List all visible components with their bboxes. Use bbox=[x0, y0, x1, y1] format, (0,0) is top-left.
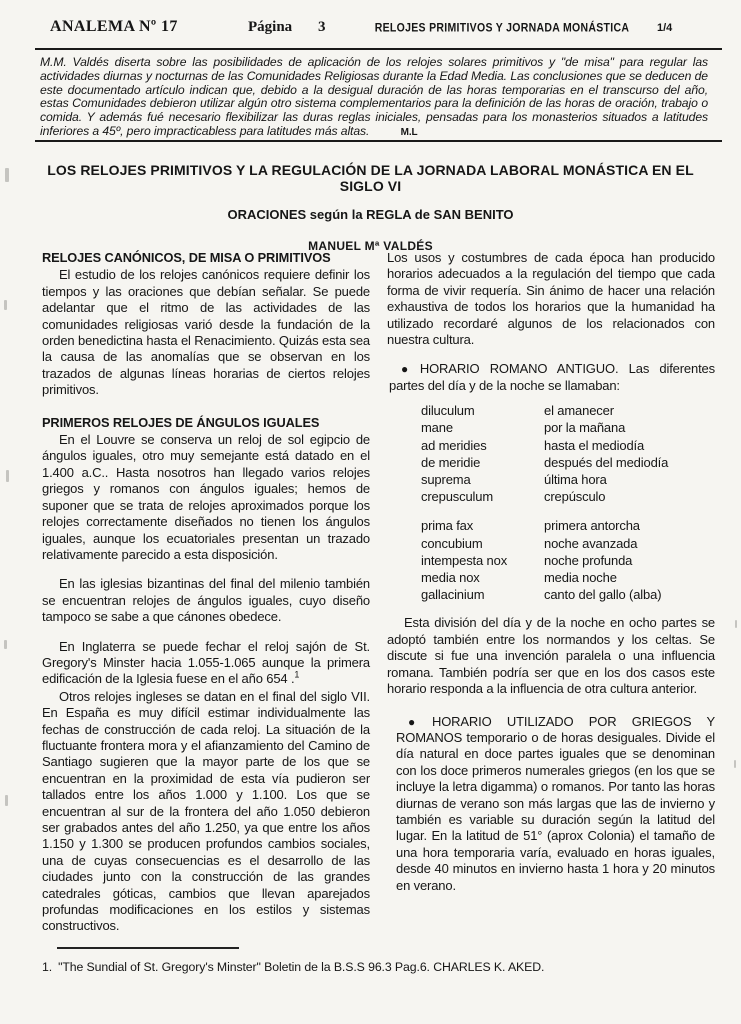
term-row: gallaciniumcanto del gallo (alba) bbox=[421, 586, 715, 603]
bullet-item-greek-roman-schedule: ●HORARIO UTILIZADO POR GRIEGOS Y ROMANOS… bbox=[387, 714, 715, 894]
scan-artifact bbox=[735, 620, 737, 628]
paragraph: Otros relojes ingleses se datan en el fi… bbox=[42, 689, 370, 935]
term-row: manepor la mañana bbox=[421, 419, 715, 436]
paragraph: Esta división del día y de la noche en o… bbox=[387, 615, 715, 697]
article-title: LOS RELOJES PRIMITIVOS Y LA REGULACIÓN D… bbox=[30, 162, 711, 194]
term-row: crepusculumcrepúsculo bbox=[421, 488, 715, 505]
bullet-icon: ● bbox=[389, 362, 420, 376]
scan-artifact bbox=[734, 760, 736, 768]
page-label: Página bbox=[248, 19, 292, 36]
paragraph: En el Louvre se conserva un reloj de sol… bbox=[42, 432, 370, 563]
section-heading: PRIMEROS RELOJES DE ÁNGULOS IGUALES bbox=[42, 415, 370, 431]
journal-title: ANALEMA Nº 17 bbox=[50, 18, 178, 36]
footnote-text: "The Sundial of St. Gregory's Minster" B… bbox=[58, 960, 544, 974]
footnote-number: 1. bbox=[42, 960, 52, 974]
title-block: LOS RELOJES PRIMITIVOS Y LA REGULACIÓN D… bbox=[30, 162, 711, 253]
abstract: M.M. Valdés diserta sobre las posibilida… bbox=[40, 56, 708, 140]
page-fraction: 1/4 bbox=[657, 22, 672, 34]
footnote: 1."The Sundial of St. Gregory's Minster"… bbox=[42, 960, 722, 974]
term-row: diluculumel amanecer bbox=[421, 402, 715, 419]
latin-terms-day: diluculumel amanecer manepor la mañana a… bbox=[421, 402, 715, 505]
section-heading: RELOJES CANÓNICOS, DE MISA O PRIMITIVOS bbox=[42, 250, 370, 266]
term-row: de meridiedespués del mediodía bbox=[421, 454, 715, 471]
bullet-heading: HORARIO ROMANO ANTIGUO. bbox=[420, 361, 619, 376]
term-row: media noxmedia noche bbox=[421, 569, 715, 586]
abstract-divider bbox=[35, 140, 722, 142]
header-divider bbox=[35, 48, 722, 50]
running-title: RELOJES PRIMITIVOS Y JORNADA MONÁSTICA bbox=[372, 21, 632, 35]
document-page: ANALEMA Nº 17 Página 3 RELOJES PRIMITIVO… bbox=[0, 0, 741, 1024]
abstract-text: M.M. Valdés diserta sobre las posibilida… bbox=[40, 55, 708, 138]
scan-artifact bbox=[6, 470, 9, 482]
page-header: ANALEMA Nº 17 Página 3 RELOJES PRIMITIVO… bbox=[0, 18, 741, 44]
term-row: supremaúltima hora bbox=[421, 471, 715, 488]
paragraph: El estudio de los relojes canónicos requ… bbox=[42, 267, 370, 398]
paragraph: Los usos y costumbres de cada época han … bbox=[387, 250, 715, 348]
bullet-icon: ● bbox=[396, 715, 432, 729]
footnote-divider bbox=[57, 947, 239, 949]
latin-terms-night: prima faxprimera antorcha concubiumnoche… bbox=[421, 517, 715, 603]
scan-artifact bbox=[5, 168, 9, 182]
article-subtitle: ORACIONES según la REGLA de SAN BENITO bbox=[30, 207, 711, 222]
page-number: 3 bbox=[318, 19, 326, 36]
left-column: RELOJES CANÓNICOS, DE MISA O PRIMITIVOS … bbox=[42, 250, 370, 936]
paragraph: En Inglaterra se puede fechar el reloj s… bbox=[42, 639, 370, 688]
bullet-item-roman-schedule: ●HORARIO ROMANO ANTIGUO. Las diferentes … bbox=[387, 361, 715, 394]
footnote-reference: 1 bbox=[294, 670, 299, 680]
abstract-signature: M.L bbox=[401, 126, 418, 140]
right-column: Los usos y costumbres de cada época han … bbox=[387, 250, 715, 936]
term-row: ad meridieshasta el mediodía bbox=[421, 437, 715, 454]
term-row: concubiumnoche avanzada bbox=[421, 535, 715, 552]
body-columns: RELOJES CANÓNICOS, DE MISA O PRIMITIVOS … bbox=[42, 250, 715, 936]
term-row: intempesta noxnoche profunda bbox=[421, 552, 715, 569]
scan-artifact bbox=[4, 300, 7, 310]
paragraph: En las iglesias bizantinas del final del… bbox=[42, 576, 370, 625]
scan-artifact bbox=[5, 795, 8, 806]
term-row: prima faxprimera antorcha bbox=[421, 517, 715, 534]
scan-artifact bbox=[4, 640, 7, 649]
